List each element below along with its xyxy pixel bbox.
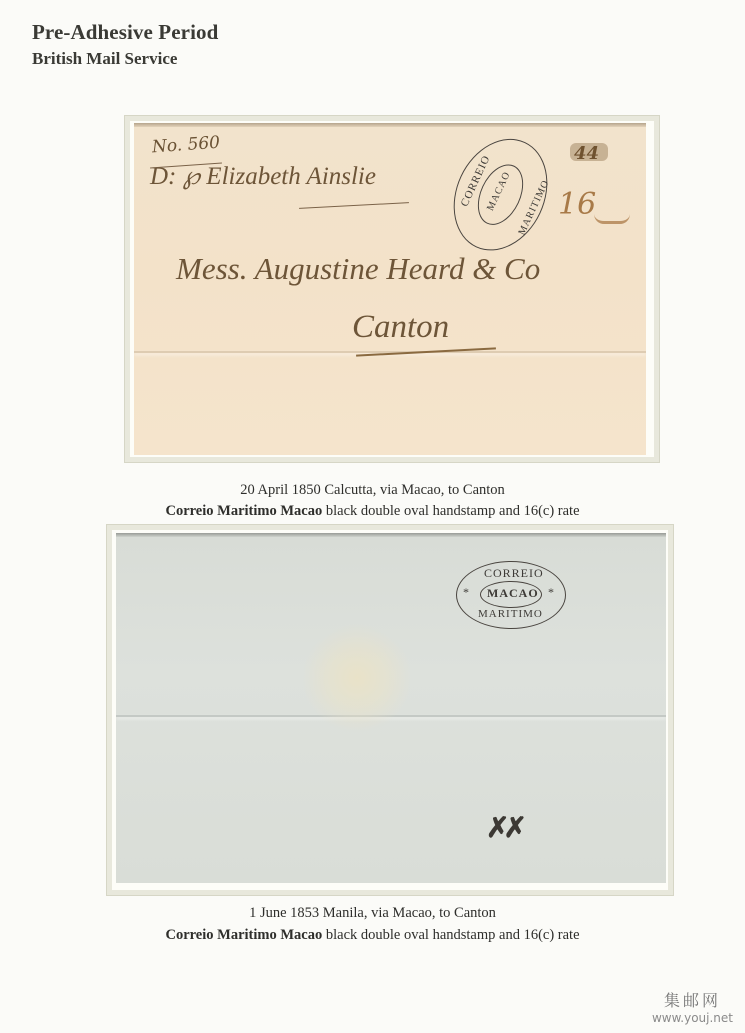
page-subtitle: British Mail Service xyxy=(32,49,177,69)
cover-1-caption-line2: Correio Maritimo Macao black double oval… xyxy=(0,503,745,520)
page-title: Pre-Adhesive Period xyxy=(32,20,218,45)
handstamp-top-text: CORREIO xyxy=(484,566,544,581)
ship-underline xyxy=(299,202,409,209)
destination: Canton xyxy=(352,309,449,346)
cover-2-mount: CORREIO MACAO MARITIMO * * ✗✗ xyxy=(106,524,674,896)
caption-description: black double oval handstamp and 16(c) ra… xyxy=(322,927,579,943)
addressee: Mess. Augustine Heard & Co xyxy=(176,251,540,287)
crossed-rate-smudge xyxy=(570,143,608,161)
handstamp-correio-macao-maritimo: CORREIO MACAO MARITIMO * * xyxy=(456,561,568,631)
caption-bold-label: Correio Maritimo Macao xyxy=(165,927,322,943)
caption-bold-label: Correio Maritimo Macao xyxy=(165,503,322,519)
wax-seal-residue xyxy=(302,623,412,733)
cover-2-caption-line2: Correio Maritimo Macao black double oval… xyxy=(0,927,745,944)
ship-line: D: ℘ Elizabeth Ainslie xyxy=(150,161,376,191)
cover-1-caption-line1: 20 April 1850 Calcutta, via Macao, to Ca… xyxy=(0,482,745,499)
cover-1-letter: No. 560 D: ℘ Elizabeth Ainslie Mess. Aug… xyxy=(134,123,646,455)
site-watermark: 集邮网 www.youj.net xyxy=(652,988,733,1025)
handstamp-correio-macao-maritimo: CORREIO MACAO MARITIMO xyxy=(435,124,566,269)
watermark-url: www.youj.net xyxy=(652,1011,733,1025)
handstamp-star-right: * xyxy=(548,585,555,600)
rate-scribble xyxy=(594,201,630,224)
cover-2-caption-line1: 1 June 1853 Manila, via Macao, to Canton xyxy=(0,905,745,922)
cover-2-letter: CORREIO MACAO MARITIMO * * ✗✗ xyxy=(116,533,666,883)
handstamp-middle-text: MACAO xyxy=(487,586,539,601)
cover-1-mount: No. 560 D: ℘ Elizabeth Ainslie Mess. Aug… xyxy=(124,115,660,463)
manuscript-cross-mark: ✗✗ xyxy=(486,811,521,844)
rate-marking: 16 xyxy=(558,187,596,222)
handstamp-star-left: * xyxy=(463,585,470,600)
letter-top-edge xyxy=(134,123,646,127)
letter-top-edge xyxy=(116,533,666,537)
handstamp-bottom-text: MARITIMO xyxy=(478,608,543,620)
caption-description: black double oval handstamp and 16(c) ra… xyxy=(322,503,579,519)
corner-note: No. 560 xyxy=(151,133,220,158)
watermark-chinese: 集邮网 xyxy=(652,988,733,1011)
